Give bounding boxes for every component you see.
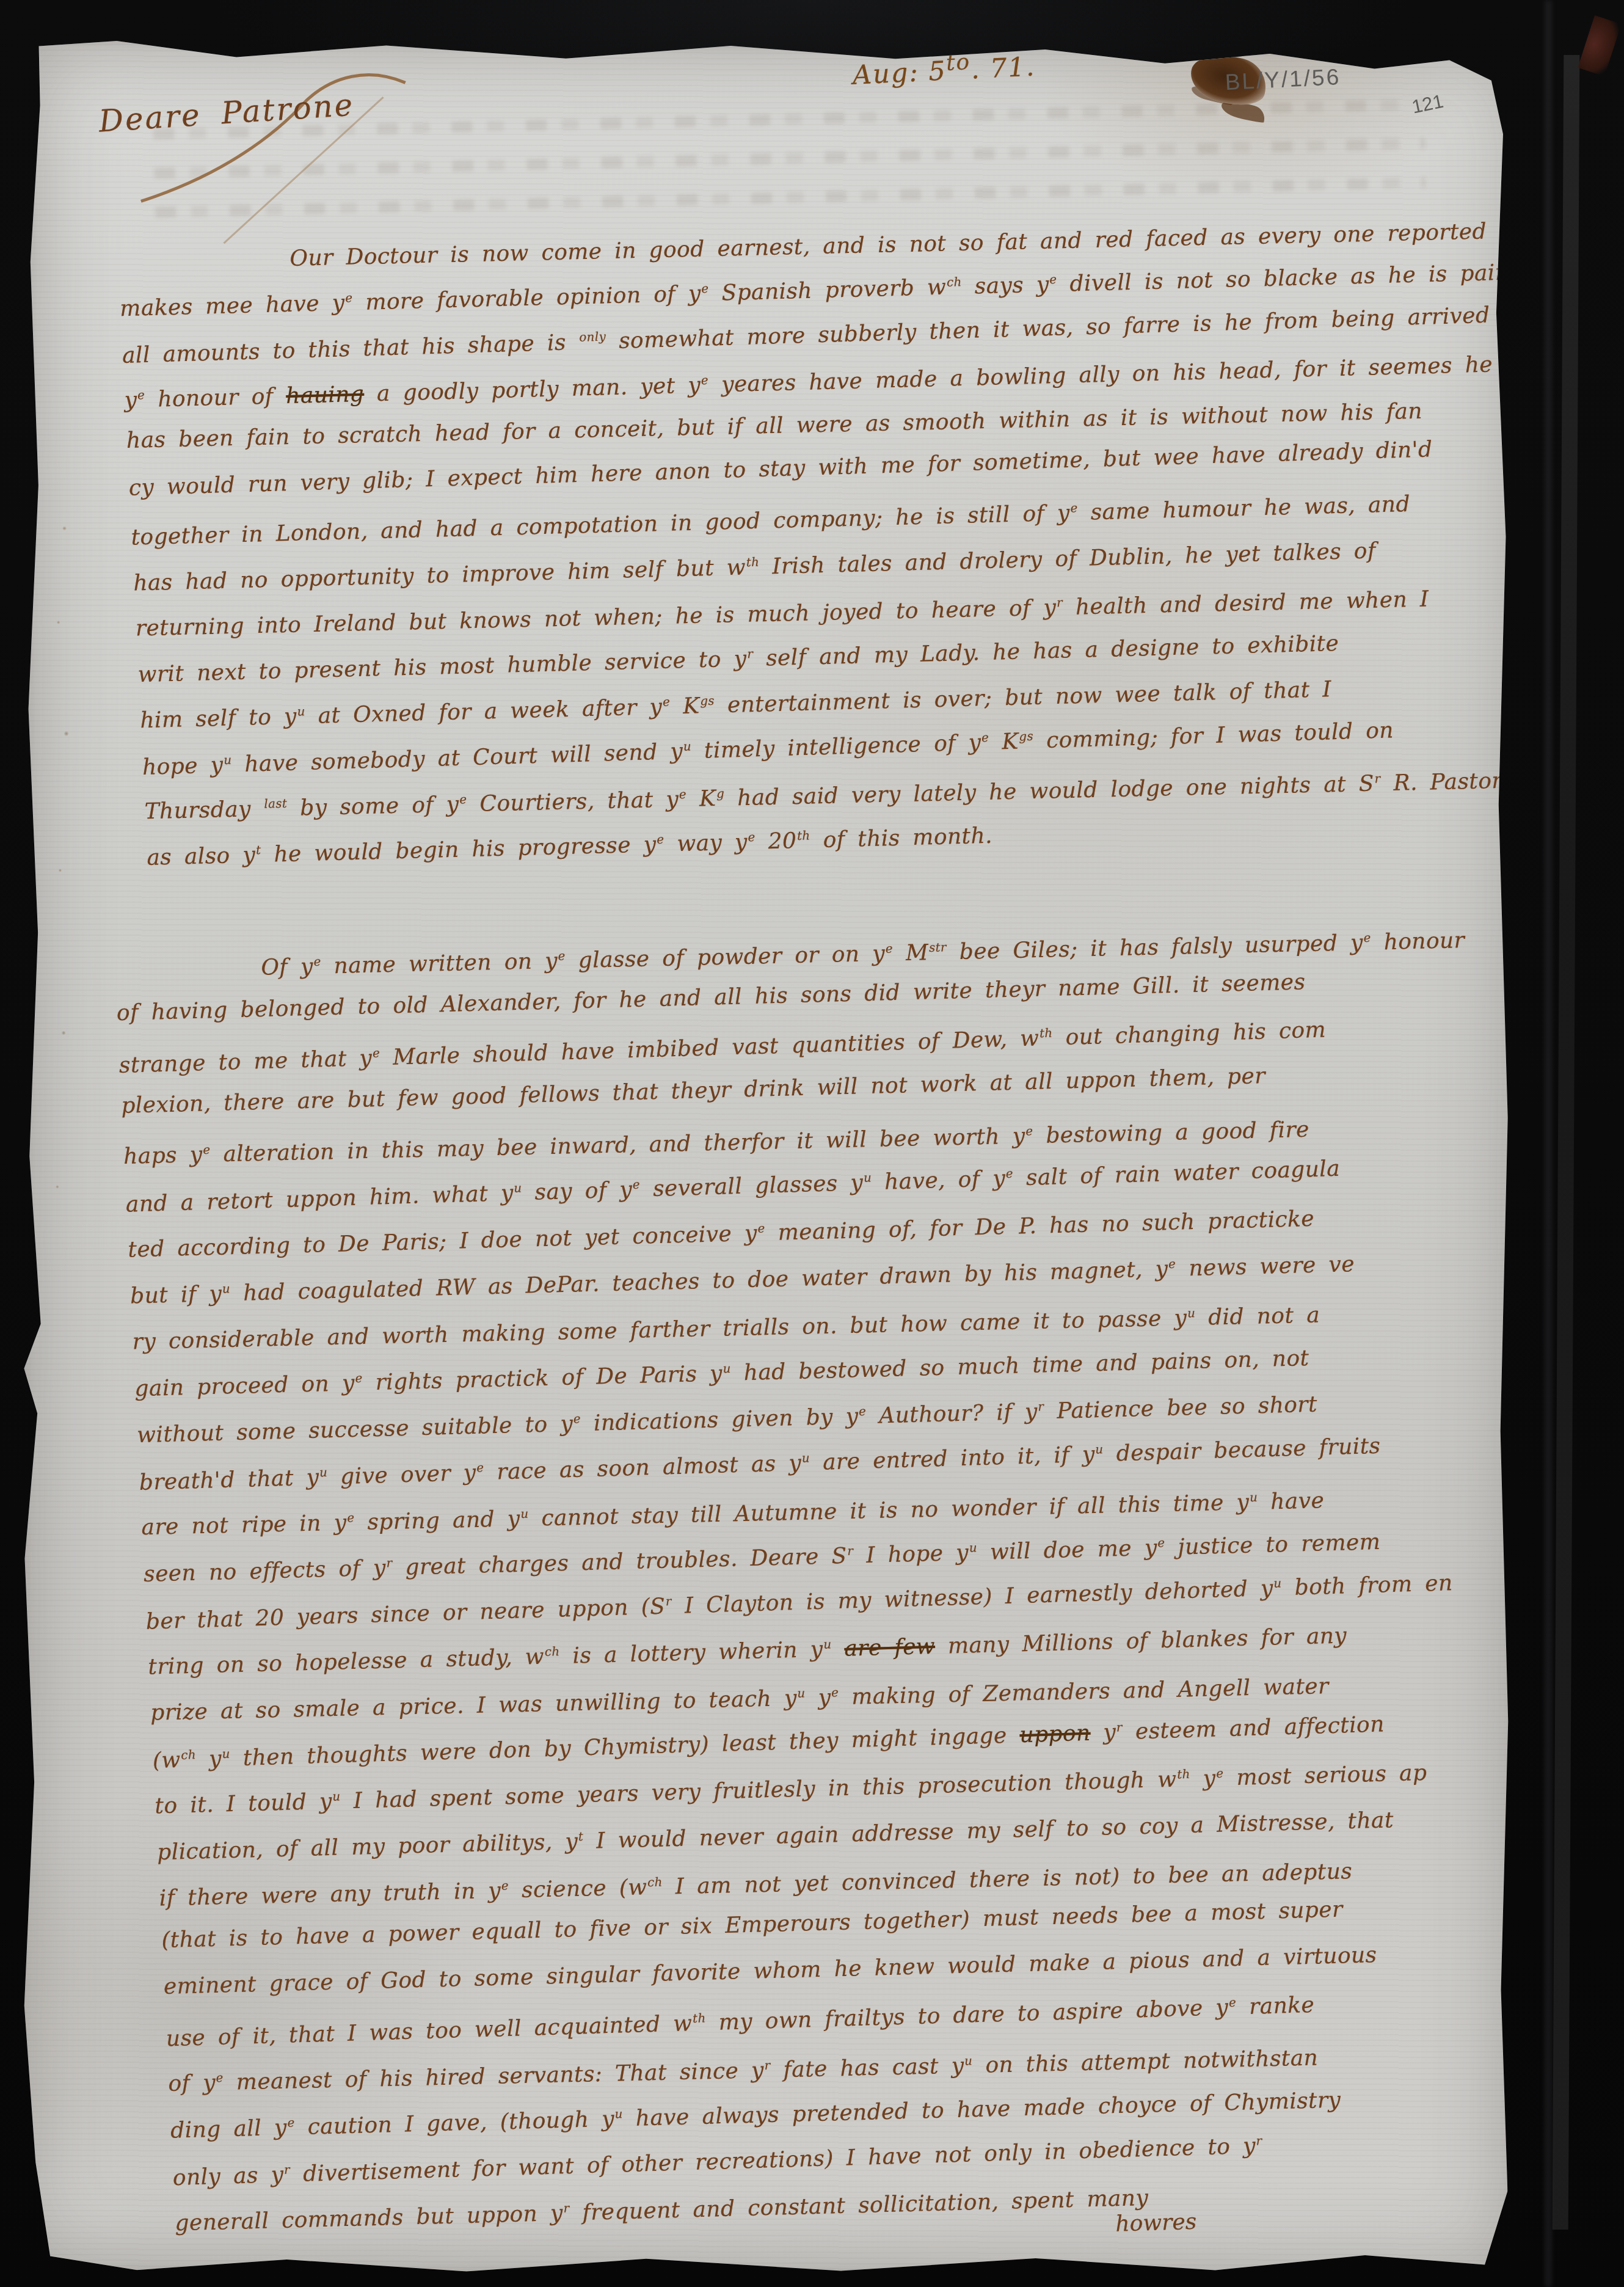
photograph-background: Deare Patrone Aug: 5to. 71. BL/Y/1/56 12…	[0, 0, 1624, 2287]
letter-body-paragraph-2: Of ye name written on ye glasse of powde…	[109, 944, 1524, 2250]
pen-flourish	[62, 59, 442, 257]
second-leaf-sliver	[1553, 55, 1580, 2230]
letter-body-paragraph-1: Our Doctour is now come in good earnest,…	[115, 235, 1524, 883]
letter-page: Deare Patrone Aug: 5to. 71. BL/Y/1/56 12…	[17, 38, 1524, 2281]
gutter-shadow	[1545, 0, 1551, 2287]
catchword: howres	[1115, 2209, 1197, 2237]
red-edge-sliver	[1578, 15, 1622, 76]
margin-ink-specks	[47, 503, 79, 1358]
